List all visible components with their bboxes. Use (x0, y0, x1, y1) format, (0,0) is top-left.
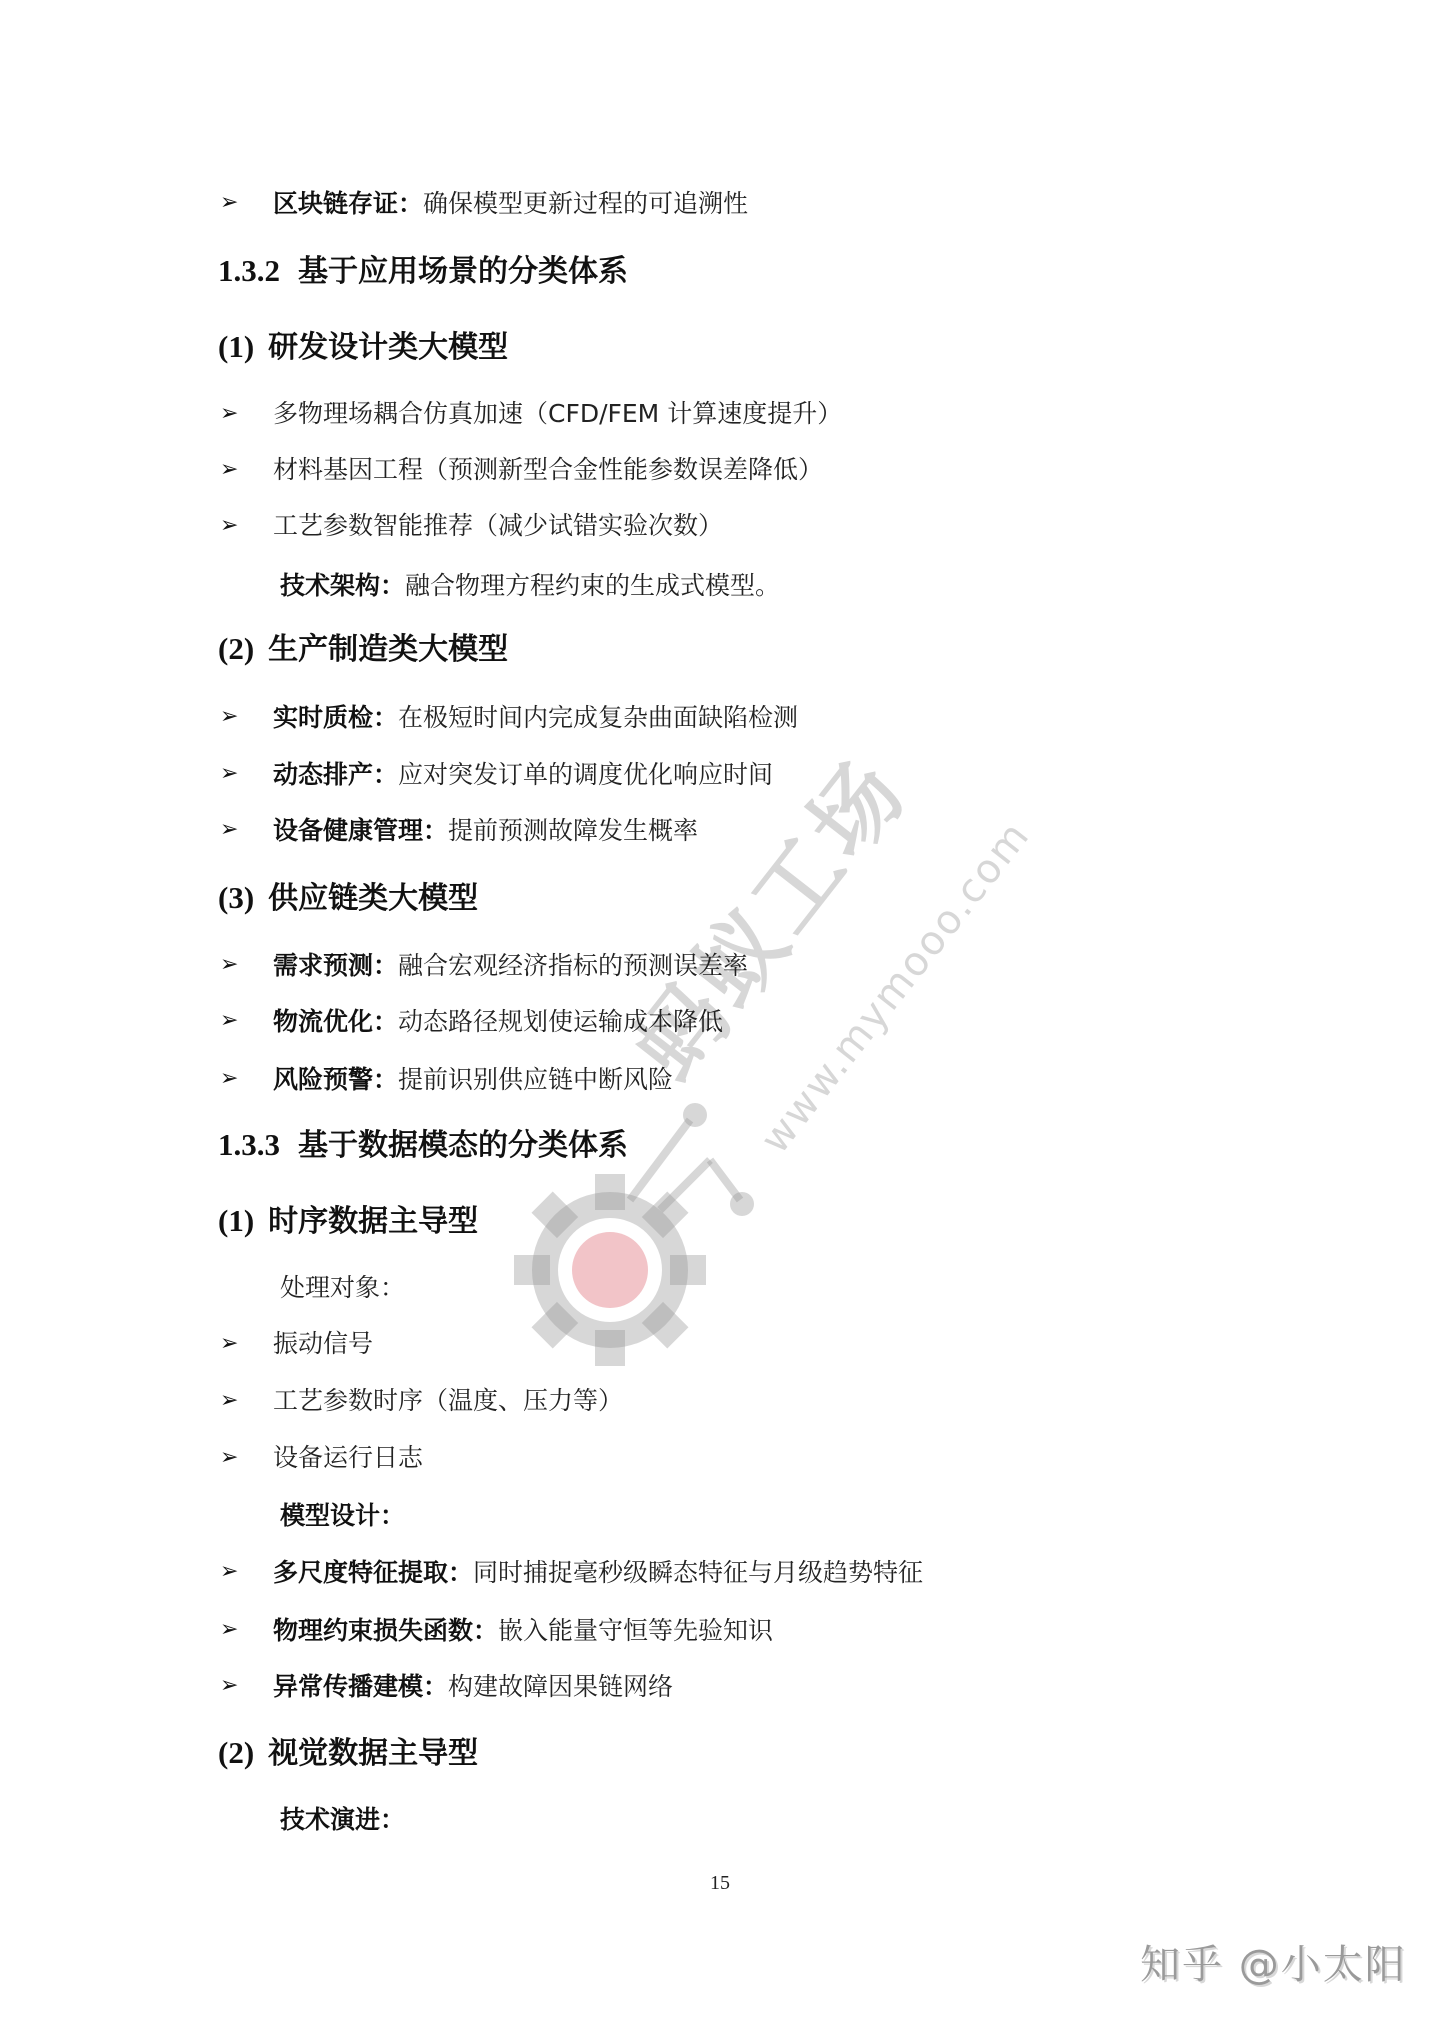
bullet-arrow-icon: ➢ (220, 700, 238, 734)
subsection-number: (2) (218, 1735, 254, 1770)
bullet-label: 动态排产： (273, 760, 398, 789)
bullet-text: 动态路径规划使运输成本降低 (398, 1007, 723, 1036)
bullet-text: 工艺参数智能推荐（减少试错实验次数） (273, 509, 723, 543)
bullet-arrow-icon: ➢ (220, 1062, 238, 1096)
section-title: 基于应用场景的分类体系 (298, 254, 628, 289)
tech-architecture-note: 技术架构：融合物理方程约束的生成式模型。 (280, 568, 780, 603)
subsection-title: 时序数据主导型 (268, 1204, 478, 1239)
subsection-title: 生产制造类大模型 (268, 632, 508, 667)
bullet-text: 同时捕捉毫秒级瞬态特征与月级趋势特征 (473, 1558, 923, 1587)
subsection-title: 视觉数据主导型 (268, 1736, 478, 1771)
bullet-arrow-icon: ➢ (220, 186, 238, 220)
evolution-label: 技术演进： (280, 1803, 405, 1837)
subsection-heading: (3)供应链类大模型 (218, 878, 478, 919)
bullet-arrow-icon: ➢ (220, 1669, 238, 1703)
subsection-number: (1) (218, 1203, 254, 1238)
bullet-text: 构建故障因果链网络 (448, 1672, 673, 1701)
bullet-label: 需求预测： (273, 951, 398, 980)
bullet-text: 提前识别供应链中断风险 (398, 1065, 673, 1094)
bullet-text: 在极短时间内完成复杂曲面缺陷检测 (398, 703, 798, 732)
bullet-arrow-icon: ➢ (220, 1555, 238, 1589)
subsection-heading: (2)生产制造类大模型 (218, 629, 508, 670)
note-label: 技术架构： (280, 571, 405, 600)
bullet-label: 设备健康管理： (273, 816, 448, 845)
gear-logo-icon (500, 1160, 720, 1380)
bullet-arrow-icon: ➢ (220, 1004, 238, 1038)
bullet-label: 实时质检： (273, 703, 398, 732)
section-heading-1-3-2: 1.3.2基于应用场景的分类体系 (218, 251, 628, 292)
subsection-number: (3) (218, 880, 254, 915)
bullet-text: 设备运行日志 (273, 1441, 423, 1475)
subsection-title: 研发设计类大模型 (268, 330, 508, 365)
bullet-label: 异常传播建模： (273, 1672, 448, 1701)
section-number: 1.3.3 (218, 1127, 280, 1162)
bullet-text: 应对突发订单的调度优化响应时间 (398, 760, 773, 789)
design-label: 模型设计： (280, 1499, 405, 1533)
bullet-arrow-icon: ➢ (220, 1327, 238, 1361)
bullet-arrow-icon: ➢ (220, 453, 238, 487)
bullet-arrow-icon: ➢ (220, 509, 238, 543)
bullet-arrow-icon: ➢ (220, 1384, 238, 1418)
section-heading-1-3-3: 1.3.3基于数据模态的分类体系 (218, 1125, 628, 1166)
bullet-arrow-icon: ➢ (220, 757, 238, 791)
subsection-heading: (2)视觉数据主导型 (218, 1733, 478, 1774)
objects-label: 处理对象： (280, 1271, 405, 1305)
bullet-text: 提前预测故障发生概率 (448, 816, 698, 845)
section-number: 1.3.2 (218, 253, 280, 288)
bullet-text: 工艺参数时序（温度、压力等） (273, 1384, 623, 1418)
bullet-label: 区块链存证： (273, 189, 423, 218)
bullet-text: 多物理场耦合仿真加速（CFD/FEM 计算速度提升） (273, 397, 842, 431)
bullet-text: 融合宏观经济指标的预测误差率 (398, 951, 748, 980)
bullet-text: 振动信号 (273, 1327, 373, 1361)
bullet-label: 风险预警： (273, 1065, 398, 1094)
bullet-arrow-icon: ➢ (220, 1613, 238, 1647)
bullet-arrow-icon: ➢ (220, 948, 238, 982)
subsection-title: 供应链类大模型 (268, 881, 478, 916)
page-number: 15 (710, 1872, 730, 1895)
bullet-arrow-icon: ➢ (220, 813, 238, 847)
bullet-label: 物理约束损失函数： (273, 1616, 498, 1645)
bullet-text: 嵌入能量守恒等先验知识 (498, 1616, 773, 1645)
bullet-text: 确保模型更新过程的可追溯性 (423, 189, 748, 218)
note-text: 融合物理方程约束的生成式模型。 (405, 571, 780, 600)
bullet-label: 物流优化： (273, 1007, 398, 1036)
bullet-arrow-icon: ➢ (220, 1441, 238, 1475)
bullet-arrow-icon: ➢ (220, 397, 238, 431)
zhihu-watermark: 知乎 @小太阳 (1140, 1933, 1407, 1990)
subsection-heading: (1)时序数据主导型 (218, 1201, 478, 1242)
bullet-text: 材料基因工程（预测新型合金性能参数误差降低） (273, 453, 823, 487)
watermark-url: www.mymooo.com (752, 813, 1039, 1163)
subsection-number: (2) (218, 631, 254, 666)
bullet-label: 多尺度特征提取： (273, 1558, 473, 1587)
section-title: 基于数据模态的分类体系 (298, 1128, 628, 1163)
subsection-heading: (1)研发设计类大模型 (218, 327, 508, 368)
subsection-number: (1) (218, 329, 254, 364)
